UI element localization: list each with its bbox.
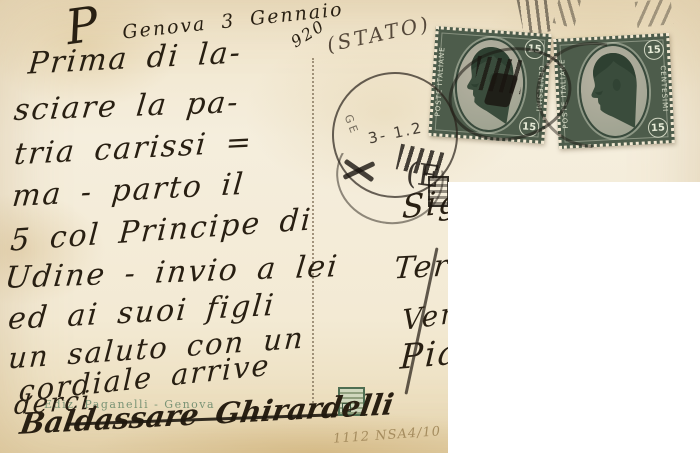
message-line: Udine - invio a lei: [4, 252, 341, 294]
cancellation-smudge: [635, 0, 674, 28]
message-line: ma - parto il: [11, 170, 246, 212]
stamp-denomination: 15: [647, 117, 668, 138]
postcard-divider-line: [312, 58, 314, 406]
message-line: sciare la pa-: [12, 88, 241, 126]
cancellation-box-mark: [428, 176, 449, 207]
postcard-photo: P Genova 3 Gennaio 920 (STATO) Prima di …: [0, 0, 700, 453]
white-overlay: [448, 182, 700, 453]
cancellation-smudge: [553, 0, 582, 28]
postcard-background: P Genova 3 Gennaio 920 (STATO) Prima di …: [0, 0, 700, 453]
message-line: Prima di la-: [27, 38, 243, 79]
postmark-arc-letters: GE: [342, 113, 362, 138]
message-line: 5 col Principe di: [9, 205, 313, 256]
message-line: tria carissi =: [13, 128, 254, 171]
postmark-date: 3- 1.2: [367, 118, 425, 147]
pencil-catalog-note: 1112 NSA4/10: [333, 424, 442, 447]
